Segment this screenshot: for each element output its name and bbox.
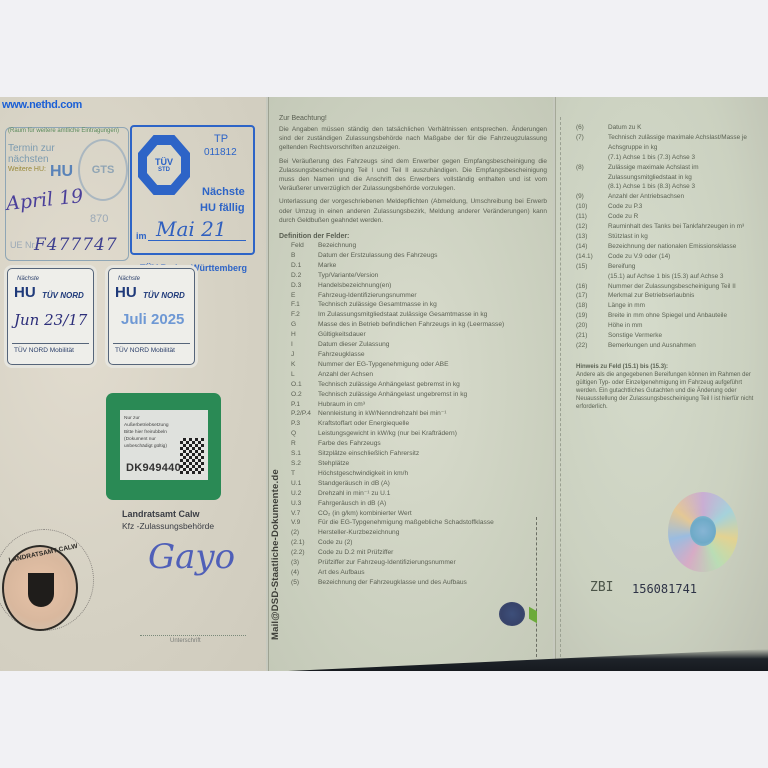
field-code: (21) — [576, 331, 608, 341]
field-label: Kraftstoffart oder Energiequelle — [318, 419, 504, 429]
table-row: (6)Datum zu K — [576, 123, 764, 133]
tuev-logo-sub: STD — [158, 167, 170, 173]
field-code: (12) — [576, 222, 608, 232]
field-code: (19) — [576, 311, 608, 321]
field-label: Code zu D.2 mit Prüfziffer — [318, 548, 504, 558]
sticker-naechste: Nächste — [17, 276, 39, 282]
serial-number: 156081741 — [632, 582, 697, 596]
field-code: D.1 — [291, 261, 318, 271]
field-code: P.3 — [291, 419, 318, 429]
field-code: (13) — [576, 232, 608, 242]
table-row: D.1Marke — [291, 261, 504, 271]
field-label: Sitzplätze einschließlich Fahrersitz — [318, 449, 504, 459]
field-code: S.1 — [291, 449, 318, 459]
field-label: Zulässige maximale Achslast im Zulassung… — [608, 163, 764, 183]
field-label: Handelsbezeichnung(en) — [318, 281, 504, 291]
field-label: Marke — [318, 261, 504, 271]
table-row: (11)Code zu R — [576, 212, 764, 222]
table-row: JFahrzeugklasse — [291, 350, 504, 360]
field-code: (5) — [291, 578, 318, 588]
field-label: Code zu (2) — [318, 538, 504, 548]
zbi-label: ZBI — [590, 580, 613, 595]
field-label: Breite in mm ohne Spiegel und Anbauteile — [608, 311, 764, 321]
hologram-seal-icon — [668, 492, 738, 572]
field-label: Höhe in mm — [608, 321, 764, 331]
field-code: (14.1) — [576, 252, 608, 262]
field-code: (7) — [576, 133, 608, 153]
tuev-logo-icon: TÜV STD — [138, 135, 190, 195]
table-row: (15.1) auf Achse 1 bis (15.3) auf Achse … — [576, 272, 764, 282]
sticker-divider — [12, 343, 89, 344]
im-label: im — [136, 231, 147, 241]
table-row: F.1Technisch zulässige Gesamtmasse in kg — [291, 300, 504, 310]
notice-paragraph: Unterlassung der vorgeschriebenen Meldep… — [279, 197, 547, 225]
field-label: Drehzahl in min⁻¹ zu U.1 — [318, 489, 504, 499]
datamatrix-code-icon — [180, 438, 204, 474]
sticker-footer: TÜV NORD Mobilität — [115, 347, 175, 354]
field-code: (4) — [291, 568, 318, 578]
stamp-number: 870 — [90, 213, 108, 225]
field-code: J — [291, 350, 318, 360]
table-row: V.7CO₂ (in g/km) kombinierter Wert — [291, 509, 504, 519]
signature: Gayo — [148, 537, 235, 577]
tp-number: 011812 — [204, 147, 237, 158]
field-label: Nennleistung in kW/Nenndrehzahl bei min⁻… — [318, 409, 504, 419]
header-code: Feld — [291, 241, 318, 251]
termin-label: Termin zur nächsten — [8, 143, 78, 165]
field-code: V.9 — [291, 518, 318, 528]
header-label: Bezeichnung — [318, 241, 504, 251]
field-code — [576, 153, 608, 163]
security-sticker: Nur zur Außerbetriebsetzung Bitte hier f… — [106, 393, 221, 500]
table-row: (22)Bemerkungen und Ausnahmen — [576, 341, 764, 351]
field-label: Stehplätze — [318, 459, 504, 469]
field-label: Art des Aufbaus — [318, 568, 504, 578]
gts-label: GTS — [92, 164, 115, 176]
field-code: (18) — [576, 301, 608, 311]
field-code: U.1 — [291, 479, 318, 489]
field-label: Gültigkeitsdauer — [318, 330, 504, 340]
field-code: (10) — [576, 202, 608, 212]
scratch-instructions: Nur zur Außerbetriebsetzung Bitte hier f… — [124, 415, 176, 450]
field-label: Code zu R — [608, 212, 764, 222]
table-row: P.1Hubraum in cm³ — [291, 400, 504, 410]
table-row: (2.2)Code zu D.2 mit Prüfziffer — [291, 548, 504, 558]
table-row: D.3Handelsbezeichnung(en) — [291, 281, 504, 291]
table-header-row: Feld Bezeichnung — [291, 241, 504, 251]
field-code: (11) — [576, 212, 608, 222]
table-row: P.2/P.4Nennleistung in kW/Nenndrehzahl b… — [291, 409, 504, 419]
field-code: K — [291, 360, 318, 370]
field-label: Im Zulassungsmitgliedstaat zulässige Ges… — [318, 310, 504, 320]
field-label: Rauminhalt des Tanks bei Tankfahrzeugen … — [608, 222, 764, 232]
table-row: IDatum dieser Zulassung — [291, 340, 504, 350]
tire-note-title: Hinweis zu Feld (15.1) bis (15.3): — [576, 364, 668, 370]
field-label: Bezeichnung der Fahrzeugklasse und des A… — [318, 578, 504, 588]
table-row: LAnzahl der Achsen — [291, 370, 504, 380]
table-row: GMasse des in Betrieb befindlichen Fahrz… — [291, 320, 504, 330]
field-label: Länge in mm — [608, 301, 764, 311]
field-code: E — [291, 291, 318, 301]
handwritten-due-date: Mai 21 — [156, 217, 227, 241]
signature-line — [140, 635, 246, 636]
middle-page: Zur Beachtung! Die Angaben müssen ständi… — [268, 97, 553, 671]
table-row: (8)Zulässige maximale Achslast im Zulass… — [576, 163, 764, 183]
field-code: L — [291, 370, 318, 380]
table-row: (14.1)Code zu V.9 oder (14) — [576, 252, 764, 262]
table-row: (2)Hersteller-Kurzbezeichnung — [291, 528, 504, 538]
table-row: KNummer der EG-Typgenehmigung oder ABE — [291, 360, 504, 370]
field-label: Hersteller-Kurzbezeichnung — [318, 528, 504, 538]
sticker-hu: HU — [14, 284, 36, 301]
tp-label: TP — [214, 133, 228, 145]
field-code: V.7 — [291, 509, 318, 519]
field-label: Bereifung — [608, 262, 764, 272]
field-label: Technisch zulässige Anhängelast ungebrem… — [318, 390, 504, 400]
field-label: Typ/Variante/Version — [318, 271, 504, 281]
field-code: T — [291, 469, 318, 479]
field-code: S.2 — [291, 459, 318, 469]
table-row: P.3Kraftstoffart oder Energiequelle — [291, 419, 504, 429]
field-label: Code zu P.3 — [608, 202, 764, 212]
naechste-label: Nächste — [202, 186, 245, 198]
field-code: (17) — [576, 291, 608, 301]
field-code: (22) — [576, 341, 608, 351]
field-label: Datum zu K — [608, 123, 764, 133]
field-label: Code zu V.9 oder (14) — [608, 252, 764, 262]
table-row: (21)Sonstige Vermerke — [576, 331, 764, 341]
table-row: (10)Code zu P.3 — [576, 202, 764, 212]
ue-nr-label: UE Nr. — [10, 240, 37, 250]
tire-note: Hinweis zu Feld (15.1) bis (15.3): Ander… — [576, 363, 764, 411]
left-page: www.nethd.com (Raum für weitere amtliche… — [0, 97, 266, 671]
field-label: Anzahl der Achsen — [318, 370, 504, 380]
table-row: RFarbe des Fahrzeugs — [291, 439, 504, 449]
field-code: P.1 — [291, 400, 318, 410]
table-row: (15)Bereifung — [576, 262, 764, 272]
field-code: R — [291, 439, 318, 449]
field-code: (3) — [291, 558, 318, 568]
field-code: F.2 — [291, 310, 318, 320]
field-label: Datum dieser Zulassung — [318, 340, 504, 350]
sticker-date: Jun 23/17 — [14, 311, 87, 329]
raum-label: (Raum für weitere amtliche Eintragungen) — [8, 128, 119, 134]
definitions-table-continued: (6)Datum zu K(7)Technisch zulässige maxi… — [576, 123, 764, 351]
field-label: Hubraum in cm³ — [318, 400, 504, 410]
table-row: O.1Technisch zulässige Anhängelast gebre… — [291, 380, 504, 390]
field-label: Stützlast in kg — [608, 232, 764, 242]
field-code — [576, 182, 608, 192]
field-code: (2.1) — [291, 538, 318, 548]
table-row: U.1Standgeräusch in dB (A) — [291, 479, 504, 489]
field-label: Nummer der Zulassungsbescheinigung Teil … — [608, 282, 764, 292]
table-row: F.2Im Zulassungsmitgliedstaat zulässige … — [291, 310, 504, 320]
field-label: Prüfziffer zur Fahrzeug-Identifizierungs… — [318, 558, 504, 568]
handwritten-number: F477747 — [34, 235, 118, 255]
hu-sticker: Nächste HU TÜV NORD Juli 2025 TÜV NORD M… — [108, 268, 195, 365]
signature-label: Unterschrift — [170, 638, 201, 644]
seal-text: LANDRATSAMT CALW — [8, 543, 78, 564]
official-seal: LANDRATSAMT CALW — [0, 529, 94, 631]
sticker-hu: HU — [115, 284, 137, 301]
field-label: Bezeichnung der nationalen Emissionsklas… — [608, 242, 764, 252]
tuev-stamp: TÜV STD TP 011812 Nächste HU fällig im M… — [130, 125, 255, 255]
field-label: Bemerkungen und Ausnahmen — [608, 341, 764, 351]
table-row: S.2Stehplätze — [291, 459, 504, 469]
table-row: U.2Drehzahl in min⁻¹ zu U.1 — [291, 489, 504, 499]
definitions-table: Feld Bezeichnung BDatum der Erstzulassun… — [291, 241, 504, 588]
sticker-footer: TÜV NORD Mobilität — [14, 347, 74, 354]
field-code: (16) — [576, 282, 608, 292]
table-row: O.2Technisch zulässige Anhängelast ungeb… — [291, 390, 504, 400]
vehicle-registration-document-photo: www.nethd.com (Raum für weitere amtliche… — [0, 97, 768, 671]
right-page: (6)Datum zu K(7)Technisch zulässige maxi… — [555, 97, 768, 671]
field-code: B — [291, 251, 318, 261]
sticker-date: Juli 2025 — [121, 311, 184, 328]
field-label: Fahrzeug-Identifizierungsnummer — [318, 291, 504, 301]
field-label: (15.1) auf Achse 1 bis (15.3) auf Achse … — [608, 272, 764, 282]
perforation-line — [560, 117, 561, 657]
table-row: (8.1) Achse 1 bis (8.3) Achse 3 — [576, 182, 764, 192]
coat-of-arms-icon — [28, 573, 54, 607]
field-label: CO₂ (in g/km) kombinierter Wert — [318, 509, 504, 519]
seal-emblem: LANDRATSAMT CALW — [2, 545, 78, 631]
table-row: QLeistungsgewicht in kW/kg (nur bei Kraf… — [291, 429, 504, 439]
field-code: O.2 — [291, 390, 318, 400]
sticker-naechste: Nächste — [118, 276, 140, 282]
sticker-brand: TÜV NORD — [42, 291, 84, 300]
field-code: (9) — [576, 192, 608, 202]
authority-name: Landratsamt Calw — [122, 509, 200, 519]
table-row: (20)Höhe in mm — [576, 321, 764, 331]
hu-faellig-label: HU fällig — [200, 202, 245, 214]
table-row: (19)Breite in mm ohne Spiegel und Anbaut… — [576, 311, 764, 321]
table-row: U.3Fahrgeräusch in dB (A) — [291, 499, 504, 509]
table-row: (7.1) Achse 1 bis (7.3) Achse 3 — [576, 153, 764, 163]
hu-sticker: Nächste HU TÜV NORD Jun 23/17 TÜV NORD M… — [7, 268, 94, 365]
side-contact-text: Mail@DSD-Staatliche-Dokumente.de — [270, 469, 281, 640]
field-code: D.3 — [291, 281, 318, 291]
table-row: (3)Prüfziffer zur Fahrzeug-Identifizieru… — [291, 558, 504, 568]
security-code: DK949440 — [126, 462, 181, 474]
weitere-hu-label: Weitere HU: — [8, 166, 46, 173]
field-code: P.2/P.4 — [291, 409, 318, 419]
table-row: (14)Bezeichnung der nationalen Emissions… — [576, 242, 764, 252]
table-row: S.1Sitzplätze einschließlich Fahrersitz — [291, 449, 504, 459]
field-label: Fahrzeugklasse — [318, 350, 504, 360]
table-row: (4)Art des Aufbaus — [291, 568, 504, 578]
table-row: (13)Stützlast in kg — [576, 232, 764, 242]
table-row: HGültigkeitsdauer — [291, 330, 504, 340]
field-label: Technisch zulässige Gesamtmasse in kg — [318, 300, 504, 310]
field-label: Standgeräusch in dB (A) — [318, 479, 504, 489]
table-row: (2.1)Code zu (2) — [291, 538, 504, 548]
field-label: Technisch zulässige maximale Achslast/Ma… — [608, 133, 764, 153]
scratch-field: Nur zur Außerbetriebsetzung Bitte hier f… — [120, 410, 208, 480]
field-label: Sonstige Vermerke — [608, 331, 764, 341]
field-code — [576, 272, 608, 282]
field-label: Farbe des Fahrzeugs — [318, 439, 504, 449]
table-row: (9)Anzahl der Antriebsachsen — [576, 192, 764, 202]
notice-paragraph: Bei Veräußerung des Fahrzeugs sind dem E… — [279, 157, 547, 194]
field-label: Anzahl der Antriebsachsen — [608, 192, 764, 202]
field-label: Technisch zulässige Anhängelast gebremst… — [318, 380, 504, 390]
field-label: (7.1) Achse 1 bis (7.3) Achse 3 — [608, 153, 764, 163]
table-row: (17)Merkmal zur Betriebserlaubnis — [576, 291, 764, 301]
notice-title: Zur Beachtung! — [279, 115, 547, 122]
table-row: BDatum der Erstzulassung des Fahrzeugs — [291, 251, 504, 261]
field-code: O.1 — [291, 380, 318, 390]
field-code: (8) — [576, 163, 608, 183]
field-label: Für die EG-Typgenehmigung maßgebliche Sc… — [318, 518, 504, 528]
field-code: (2.2) — [291, 548, 318, 558]
hologram-core — [690, 516, 716, 546]
field-label: Datum der Erstzulassung des Fahrzeugs — [318, 251, 504, 261]
table-row: (5)Bezeichnung der Fahrzeugklasse und de… — [291, 578, 504, 588]
watermark: www.nethd.com — [2, 99, 82, 111]
table-row: (16)Nummer der Zulassungsbescheinigung T… — [576, 282, 764, 292]
definitions-title: Definition der Felder: — [279, 233, 547, 240]
field-code: G — [291, 320, 318, 330]
table-row: EFahrzeug-Identifizierungsnummer — [291, 291, 504, 301]
field-code: (15) — [576, 262, 608, 272]
field-code: D.2 — [291, 271, 318, 281]
field-label: Nummer der EG-Typgenehmigung oder ABE — [318, 360, 504, 370]
field-code: U.3 — [291, 499, 318, 509]
table-row: (18)Länge in mm — [576, 301, 764, 311]
field-code: U.2 — [291, 489, 318, 499]
small-blue-seal — [499, 602, 525, 626]
field-label: Fahrgeräusch in dB (A) — [318, 499, 504, 509]
field-code: F.1 — [291, 300, 318, 310]
field-code: H — [291, 330, 318, 340]
field-code: (6) — [576, 123, 608, 133]
table-row: V.9Für die EG-Typgenehmigung maßgebliche… — [291, 518, 504, 528]
tire-note-text: Andere als die angegebenen Bereifungen k… — [576, 372, 753, 410]
field-label: Masse des in Betrieb befindlichen Fahrze… — [318, 320, 504, 330]
field-label: (8.1) Achse 1 bis (8.3) Achse 3 — [608, 182, 764, 192]
field-code: Q — [291, 429, 318, 439]
table-row: (7)Technisch zulässige maximale Achslast… — [576, 133, 764, 153]
perforation-line — [536, 517, 539, 657]
notice-paragraph: Die Angaben müssen ständig den tatsächli… — [279, 125, 547, 153]
gts-stamp: GTS — [78, 139, 128, 201]
field-code: (14) — [576, 242, 608, 252]
department-name: Kfz -Zulassungsbehörde — [122, 521, 214, 531]
sticker-divider — [113, 343, 190, 344]
tuev-logo-text: TÜV — [155, 157, 173, 167]
sticker-brand: TÜV NORD — [143, 291, 185, 300]
field-label: Merkmal zur Betriebserlaubnis — [608, 291, 764, 301]
table-row: (12)Rauminhalt des Tanks bei Tankfahrzeu… — [576, 222, 764, 232]
table-row: D.2Typ/Variante/Version — [291, 271, 504, 281]
field-code: (20) — [576, 321, 608, 331]
table-row: THöchstgeschwindigkeit in km/h — [291, 469, 504, 479]
field-label: Höchstgeschwindigkeit in km/h — [318, 469, 504, 479]
field-label: Leistungsgewicht in kW/kg (nur bei Kraft… — [318, 429, 504, 439]
field-code: (2) — [291, 528, 318, 538]
field-code: I — [291, 340, 318, 350]
hu-label: HU — [50, 163, 73, 181]
